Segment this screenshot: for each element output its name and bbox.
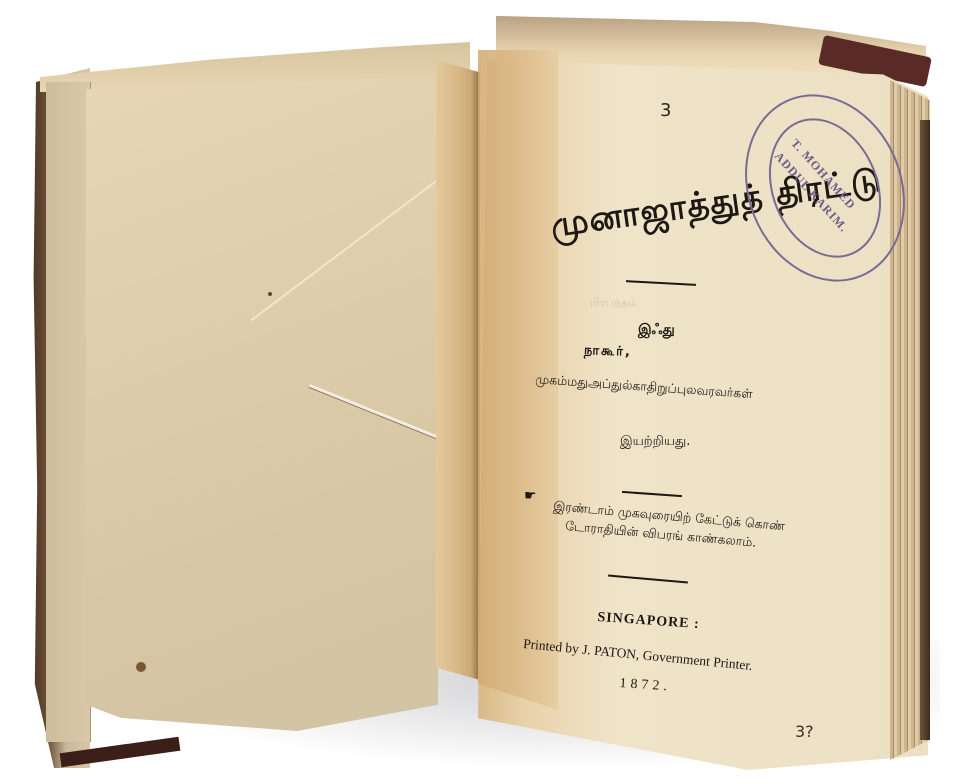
- left-blank-page: [86, 76, 438, 731]
- paper-speck: [268, 292, 272, 296]
- pointing-hand-icon: ☛: [524, 488, 537, 504]
- faint-line: பிரபந்தம்: [590, 296, 637, 311]
- fore-edge-cover: [920, 120, 930, 740]
- gutter-tape: [436, 60, 480, 680]
- place-name: நாகூர்,: [584, 343, 632, 361]
- left-margin-strip: [46, 82, 91, 742]
- page-number: 3: [660, 100, 671, 121]
- composed-label: இயற்றியது.: [620, 434, 690, 450]
- ink-stain: [136, 662, 146, 672]
- this-label: இஃது: [638, 322, 675, 340]
- book-photo: 3 முனாஜாத்துத் திரட்டு பிரபந்தம் இஃது நா…: [0, 0, 976, 784]
- pencil-mark: 3?: [795, 722, 814, 741]
